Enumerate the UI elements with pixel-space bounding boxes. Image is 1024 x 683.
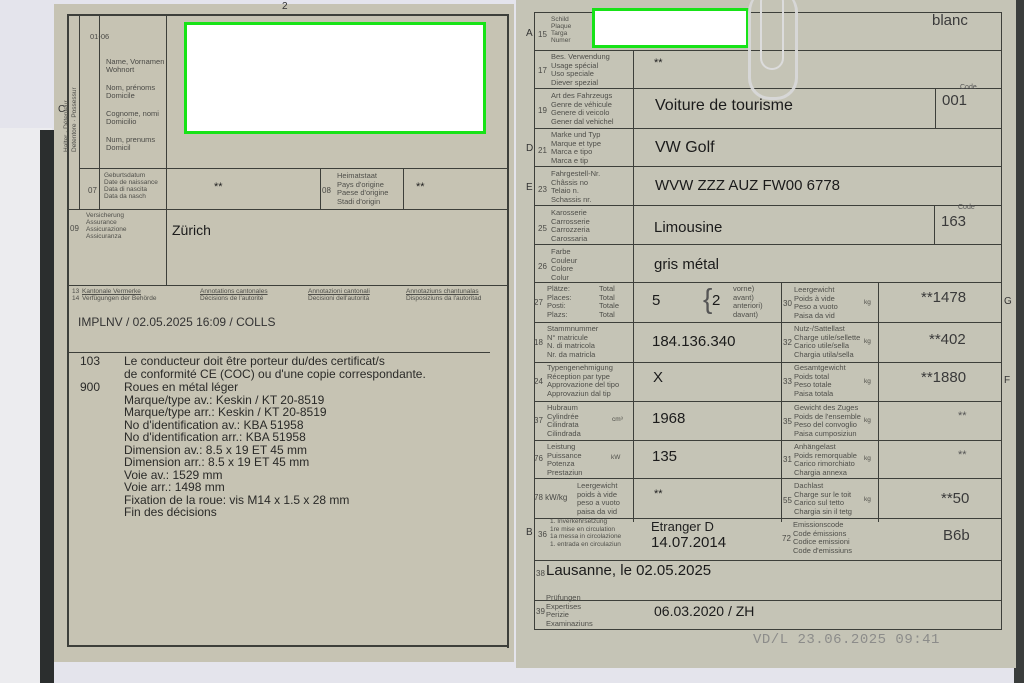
- frame-line: [79, 14, 80, 210]
- unit-kg: kg: [864, 338, 871, 345]
- origin-value: **: [416, 181, 425, 193]
- unit-kg: kg: [864, 417, 871, 424]
- emission-code-value: B6b: [943, 527, 970, 544]
- decision-text-103: Le conducteur doit être porteur du/des c…: [124, 355, 426, 380]
- empty-weight-field-no: 30: [783, 299, 792, 308]
- origin-label: Heimatstaat Pays d'origine Paese d'origi…: [337, 172, 388, 206]
- insurance-value: Zürich: [172, 222, 211, 238]
- empty-weight-label: Paisa da vid: [794, 312, 838, 321]
- train-weight-value: **: [958, 410, 967, 422]
- left-page: 2 C Halter · Détenteur Detentore · Posse…: [54, 4, 514, 662]
- displacement-field-no: 37: [534, 416, 543, 425]
- annotations-header-de: Kantonale Vermerke Verfügungen der Behör…: [82, 288, 156, 302]
- make-type-value: VW Golf: [655, 139, 715, 157]
- inspections-field-no: 39: [536, 607, 545, 616]
- chassis-label: Schassis nr.: [551, 196, 600, 205]
- power-label: Prestaziun: [547, 469, 582, 478]
- roof-load-field-no: 55: [783, 496, 792, 505]
- type-approval-value: X: [653, 369, 663, 386]
- color-field-no: 26: [538, 262, 547, 271]
- vehicle-kind-label: Gener dal vehichel: [551, 118, 614, 127]
- body-field-no: 25: [538, 224, 547, 233]
- seats-label: Plazs:: [547, 311, 572, 320]
- matricule-field-no: 18: [534, 338, 543, 347]
- payload-value: **402: [929, 331, 966, 348]
- train-weight-field-no: 35: [783, 417, 792, 426]
- insurance-field-no: 09: [70, 224, 79, 233]
- row-line: [534, 440, 1002, 441]
- first-registration-label: 1. Inverkehrsetzung: [550, 518, 621, 526]
- vehicle-kind-field-no: 19: [538, 106, 547, 115]
- frame-line: [878, 282, 879, 522]
- inspections-label: Examinaziuns: [546, 620, 593, 629]
- plate-label: Schild: [551, 16, 571, 23]
- holder-label: Cognome, nomi Domicilio: [106, 110, 159, 126]
- roof-load-label: Chargia sin il tetg: [794, 508, 852, 517]
- matricule-label: Nr. da matricla: [547, 351, 598, 360]
- frame-line: [633, 50, 634, 522]
- total-weight-value: **1880: [921, 369, 966, 386]
- roof-load-value: **50: [941, 490, 969, 507]
- inspections-value: 06.03.2020 / ZH: [654, 603, 754, 619]
- frame-line: [67, 285, 508, 286]
- frame-line: [534, 12, 535, 630]
- decisions-divider: [68, 352, 490, 353]
- side-letter-f: F: [1004, 375, 1010, 386]
- code-label: Code: [960, 84, 977, 91]
- frame-line: [99, 14, 100, 210]
- power-field-no: 76: [534, 454, 543, 463]
- annotation-entry: IMPLNV / 02.05.2025 16:09 / COLLS: [78, 315, 275, 329]
- annotations-header-fr: Annotations cantonales Décisions de l'au…: [200, 288, 268, 302]
- displacement-label: Cilindrada: [547, 430, 581, 439]
- body-label: Carossaria: [551, 235, 590, 244]
- power-value: 135: [652, 448, 677, 465]
- unit-kg: kg: [864, 455, 871, 462]
- first-registration-date: 14.07.2014: [651, 534, 726, 551]
- row-line: [534, 166, 1002, 167]
- code-box-line: [934, 205, 935, 244]
- first-registration-label: 1a messa in circolazione: [550, 533, 621, 541]
- birthdate-label: Geburtsdatum Date de naissance Data di n…: [104, 172, 158, 200]
- decision-text-900: Roues en métal léger Marque/type av.: Ke…: [124, 381, 349, 519]
- row-line: [534, 205, 1002, 206]
- row-line: [534, 244, 1002, 245]
- row-line: [534, 478, 1002, 479]
- right-page: A 15 Schild Plaque Targa Numer blanc 17 …: [516, 0, 1016, 668]
- plate-color: blanc: [932, 12, 968, 29]
- page-number: 2: [282, 1, 288, 12]
- section-letter-e: E: [526, 182, 533, 193]
- empty-weight-value: **1478: [921, 289, 966, 306]
- special-use-value: **: [654, 57, 663, 69]
- holder-field-no: 01-06: [90, 33, 109, 41]
- trailer-load-field-no: 31: [783, 455, 792, 464]
- frame-line: [67, 209, 508, 210]
- power-weight-value: **: [654, 488, 663, 500]
- payload-field-no: 32: [783, 338, 792, 347]
- place-date-value: Lausanne, le 02.05.2025: [546, 562, 711, 579]
- unit-kg: kg: [864, 496, 871, 503]
- make-type-label: Marca e tip: [551, 157, 601, 166]
- holder-label: Name, Vornamen Wohnort: [106, 58, 164, 74]
- emission-code-label: Code d'emissiuns: [793, 547, 852, 556]
- make-type-field-no: 21: [538, 146, 547, 155]
- insurance-label: Versicherung Assurance Assicurazione Ass…: [86, 212, 126, 240]
- holder-label: Nom, prénoms Domicile: [106, 84, 155, 100]
- section-letter-a: A: [526, 28, 533, 39]
- special-use-label: Diever spezial: [551, 79, 610, 88]
- plate-label: Targa: [551, 30, 571, 37]
- unit-cm3: cm³: [612, 416, 623, 423]
- holder-vertical-label: Detentore · Possessur: [71, 52, 78, 152]
- decision-code: 900: [80, 381, 100, 394]
- first-registration-label: 1. entrada en circulaziun: [550, 541, 621, 549]
- row-line: [534, 600, 1002, 601]
- annotations-header-it: Annotazioni cantonali Decisioni dell'aut…: [308, 288, 370, 302]
- color-value: gris métal: [654, 256, 719, 273]
- color-label: Colur: [551, 274, 577, 283]
- special-use-field-no: 17: [538, 66, 547, 75]
- chassis-value: WVW ZZZ AUZ FW00 6778: [655, 177, 840, 194]
- frame-line: [1001, 12, 1002, 630]
- plate-field-no: 15: [538, 30, 547, 39]
- train-weight-label: Paisa cumposiziun: [794, 430, 861, 439]
- emission-code-field-no: 72: [782, 534, 791, 543]
- origin-field-no: 08: [322, 186, 331, 195]
- plate-label: Plaque: [551, 23, 571, 30]
- side-letter-g: G: [1004, 296, 1012, 307]
- matricule-value: 184.136.340: [652, 333, 735, 350]
- row-line: [534, 322, 1002, 323]
- frame-line: [320, 168, 321, 210]
- birthdate-value: **: [214, 181, 223, 193]
- row-line: [534, 282, 1002, 283]
- first-registration-origin: Etranger D: [651, 519, 714, 534]
- payload-label: Chargia utila/sella: [794, 351, 860, 360]
- unit-kg: kg: [864, 299, 871, 306]
- brace-icon: {: [703, 283, 712, 315]
- unit-kg: kg: [864, 378, 871, 385]
- validation-stamp: VD/L 23.06.2025 09:41: [753, 632, 940, 648]
- redacted-plate-number: [592, 8, 749, 48]
- annotations-header-rm: Annotaziuns chantunalas Disposiziuns da …: [406, 288, 481, 302]
- seats-total-label: Total: [599, 311, 619, 320]
- row-line: [534, 560, 1002, 561]
- frame-line: [67, 645, 508, 647]
- trailer-load-value: **: [958, 449, 967, 461]
- displacement-value: 1968: [652, 410, 685, 427]
- row-line: [534, 401, 1002, 402]
- holder-label: Num, prenums Domicil: [106, 136, 155, 152]
- body-value: Limousine: [654, 219, 722, 236]
- power-weight-field-no: 78 kW/kg: [534, 493, 567, 502]
- code-label: Code: [958, 204, 975, 211]
- frame-line: [68, 14, 508, 16]
- first-registration-field-no: 36: [538, 530, 547, 539]
- seats-field-no: 27: [534, 298, 543, 307]
- redacted-holder-name: [184, 22, 486, 134]
- vehicle-kind-code: 001: [942, 92, 967, 109]
- frame-line: [534, 629, 1002, 630]
- plate-label: Numer: [551, 37, 571, 44]
- birthdate-field-no: 07: [88, 186, 97, 195]
- paper-clip-inner: [760, 0, 784, 70]
- power-weight-label: paisa da vid: [577, 508, 620, 517]
- type-approval-label: Approvaziun dal tip: [547, 390, 619, 399]
- section-letter-b: B: [526, 527, 533, 538]
- unit-kw: kW: [611, 454, 620, 461]
- chassis-field-no: 23: [538, 185, 547, 194]
- row-line: [534, 128, 1002, 129]
- annotations-field-no: 13: [72, 288, 79, 295]
- annotations-field-no: 14: [72, 295, 79, 302]
- total-weight-field-no: 33: [783, 377, 792, 386]
- trailer-load-label: Chargia annexa: [794, 469, 857, 478]
- place-date-field-no: 38: [536, 569, 545, 578]
- frame-line: [403, 168, 404, 210]
- seats-total-value: 5: [652, 292, 660, 309]
- seats-front-value: 2: [712, 292, 720, 309]
- decision-code: 103: [80, 355, 100, 368]
- frame-line: [781, 282, 782, 522]
- body-code: 163: [941, 213, 966, 230]
- background-binder-edge: [40, 130, 54, 683]
- code-box-line: [935, 88, 936, 128]
- type-approval-field-no: 24: [534, 377, 543, 386]
- section-letter-d: D: [526, 143, 533, 154]
- seats-front-label: davant): [733, 311, 763, 320]
- first-registration-label: 1re mise en circulation: [550, 526, 621, 534]
- total-weight-label: Paisa totala: [794, 390, 846, 399]
- frame-line: [507, 14, 509, 648]
- frame-line: [166, 14, 167, 286]
- frame-line: [79, 168, 508, 169]
- holder-vertical-label: Halter · Détenteur: [63, 52, 70, 152]
